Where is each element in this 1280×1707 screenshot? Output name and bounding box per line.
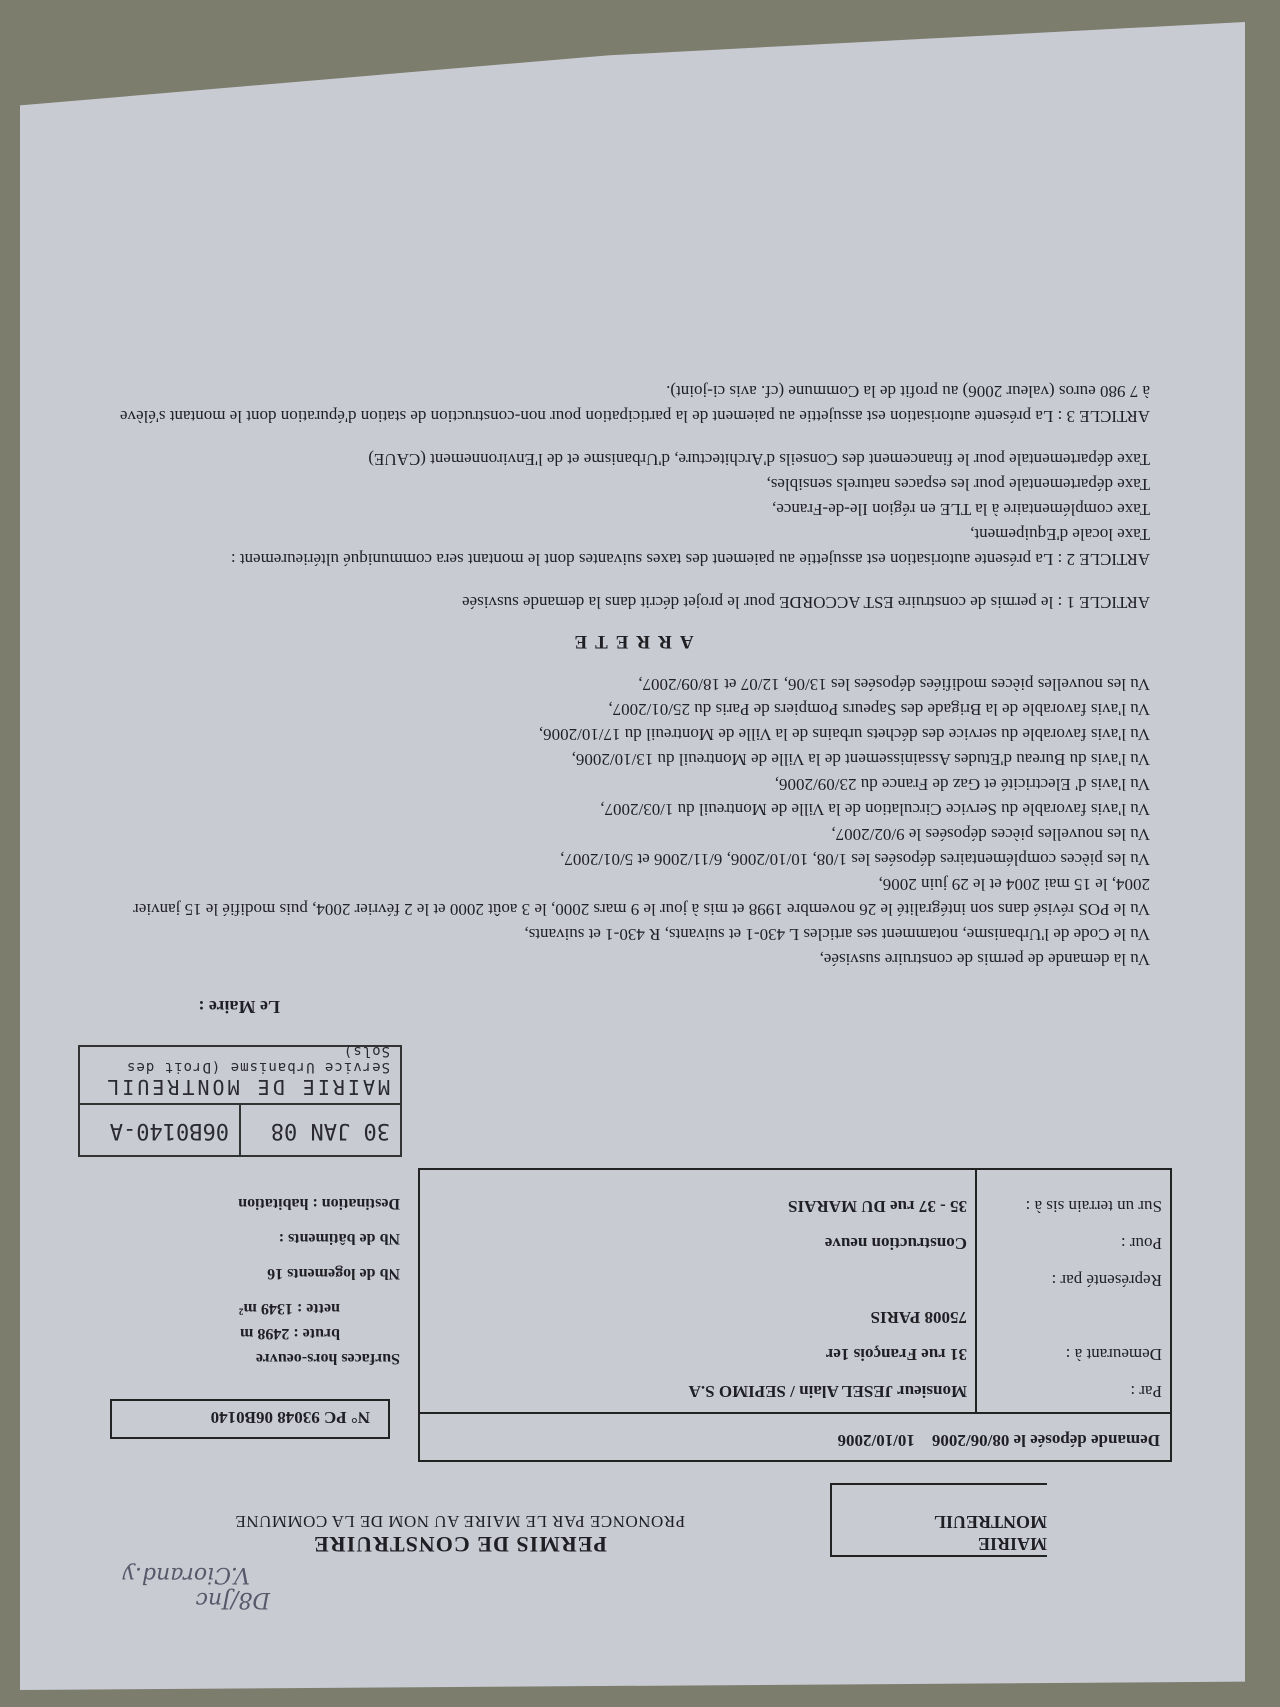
nb-logements: Nb de logements 16 bbox=[100, 1257, 400, 1282]
demande-date-2: 10/10/2006 bbox=[837, 1431, 914, 1450]
subtitle-text: PRONONCE PAR LE MAIRE AU NOM DE LA COMMU… bbox=[160, 1511, 760, 1531]
surface-nette: nette : 1349 m² bbox=[100, 1292, 400, 1317]
tax-item: Taxe locale d'Equipement, bbox=[110, 522, 1150, 547]
handwritten-line-2: V.Ciorand.y bbox=[123, 1562, 250, 1587]
tax-item: Taxe départementale pour le financement … bbox=[110, 447, 1150, 472]
document-body: Vu la demande de permis de construire su… bbox=[110, 379, 1150, 972]
document-title: PERMIS DE CONSTRUIRE PRONONCE PAR LE MAI… bbox=[160, 1511, 760, 1557]
tax-item: Taxe départementale pour les espaces nat… bbox=[110, 472, 1150, 497]
considerant-line: Vu les nouvelles pièces déposées le 9/02… bbox=[110, 822, 1150, 847]
demande-date: Demande déposée le 08/06/2006 bbox=[932, 1431, 1160, 1450]
considerant-line: Vu l'avis favorable du service des déche… bbox=[110, 722, 1150, 747]
surface-brute: brute : 2498 m bbox=[100, 1317, 400, 1342]
considerant-line: Vu l'avis favorable du Service Circulati… bbox=[110, 797, 1150, 822]
applicant-values: Monsieur JESEL Alain / SEPIMO S.A 31 rue… bbox=[420, 1170, 975, 1412]
mairie-box: MAIRIE MONTREUIL bbox=[830, 1483, 1047, 1557]
considerant-line: Vu le Code de l'Urbanisme, notamment ses… bbox=[110, 922, 1150, 947]
destination: Destination : habitation bbox=[100, 1187, 400, 1212]
article-2-intro: ARTICLE 2 : La présente autorisation est… bbox=[110, 547, 1150, 572]
title-text: PERMIS DE CONSTRUIRE bbox=[160, 1531, 760, 1557]
considerant-line: Vu l'avis favorable de la Brigade des Sa… bbox=[110, 697, 1150, 722]
considerant-line: Vu l'avis du Bureau d'Etudes Assainissem… bbox=[110, 747, 1150, 772]
label-blank bbox=[985, 1291, 1162, 1328]
value-address: 31 rue François 1er bbox=[428, 1328, 967, 1365]
demande-row: Demande déposée le 08/06/2006 10/10/2006 bbox=[420, 1412, 1170, 1460]
considerants-list: Vu la demande de permis de construire su… bbox=[110, 672, 1150, 972]
label-demeurant: Demeurant à : bbox=[985, 1328, 1162, 1365]
considerant-line: Vu les nouvelles pièces modifiées déposé… bbox=[110, 672, 1150, 697]
tax-item: Taxe complémentaire à la TLE en région I… bbox=[110, 497, 1150, 522]
surfaces-block: Surfaces hors-oeuvre brute : 2498 m nett… bbox=[100, 1187, 400, 1367]
value-pour: Construction neuve bbox=[428, 1217, 967, 1254]
value-terrain: 35 - 37 rue DU MARAIS bbox=[428, 1180, 967, 1217]
value-city: 75008 PARIS bbox=[428, 1291, 967, 1328]
article-1: ARTICLE 1 : le permis de construire EST … bbox=[110, 590, 1150, 615]
value-represente bbox=[428, 1254, 967, 1291]
maire-label: Le Maire : bbox=[198, 996, 280, 1017]
mairie-label: MAIRIE bbox=[832, 1533, 1047, 1555]
considerant-line: Vu le POS révisé dans son intégralité le… bbox=[110, 872, 1150, 922]
handwritten-line-1: D8/Jnc bbox=[123, 1587, 270, 1612]
label-pour: Pour : bbox=[985, 1217, 1162, 1254]
stamp-date: 30 JAN 08 bbox=[239, 1105, 400, 1155]
stamp-org: MAIRIE DE MONTREUIL bbox=[104, 1075, 390, 1099]
considerant-line: Vu la demande de permis de construire su… bbox=[110, 947, 1150, 972]
surfaces-heading: Surfaces hors-oeuvre bbox=[100, 1342, 400, 1367]
commune-label: MONTREUIL bbox=[832, 1511, 1047, 1533]
considerant-line: Vu l'avis d' Electricité et Gaz de Franc… bbox=[110, 772, 1150, 797]
label-par: Par : bbox=[985, 1365, 1162, 1402]
considerant-line: Vu les pièces complémentaires déposées l… bbox=[110, 847, 1150, 872]
arrete-heading: ARRETE bbox=[110, 629, 1150, 654]
taxes-list: Taxe locale d'Equipement,Taxe complément… bbox=[110, 447, 1150, 547]
label-represente: Représenté par : bbox=[985, 1254, 1162, 1291]
article-3: ARTICLE 3 : La présente autorisation est… bbox=[110, 379, 1150, 429]
stamp-number: 06B0140-A bbox=[80, 1105, 239, 1155]
permit-document: D8/Jnc V.Ciorand.y MAIRIE MONTREUIL PERM… bbox=[0, 0, 1280, 1707]
nb-batiments: Nb de bâtiments : bbox=[100, 1222, 400, 1247]
applicant-box: Demande déposée le 08/06/2006 10/10/2006… bbox=[418, 1168, 1172, 1462]
applicant-labels: Par : Demeurant à : Représenté par : Pou… bbox=[975, 1170, 1170, 1412]
label-terrain: Sur un terrain sis à : bbox=[985, 1180, 1162, 1217]
stamp-service: Service Urbanisme (Droit des Sols) bbox=[90, 1043, 390, 1075]
permit-number: N° PC 93048 06B0140 bbox=[110, 1399, 390, 1439]
mairie-stamp: 30 JAN 08 06B0140-A MAIRIE DE MONTREUIL … bbox=[78, 1045, 402, 1157]
handwritten-note: D8/Jnc V.Ciorand.y bbox=[123, 1562, 270, 1612]
value-par: Monsieur JESEL Alain / SEPIMO S.A bbox=[428, 1365, 967, 1402]
